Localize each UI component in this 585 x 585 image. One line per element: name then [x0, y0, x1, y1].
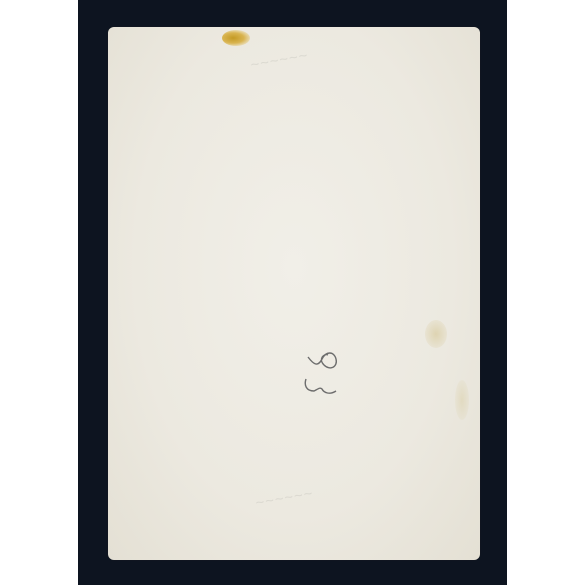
foxing-stain [425, 320, 447, 348]
foxing-stain-edge [455, 380, 469, 420]
photo-card-back [108, 27, 480, 560]
glue-stain [222, 30, 250, 46]
handwritten-number [300, 345, 350, 405]
